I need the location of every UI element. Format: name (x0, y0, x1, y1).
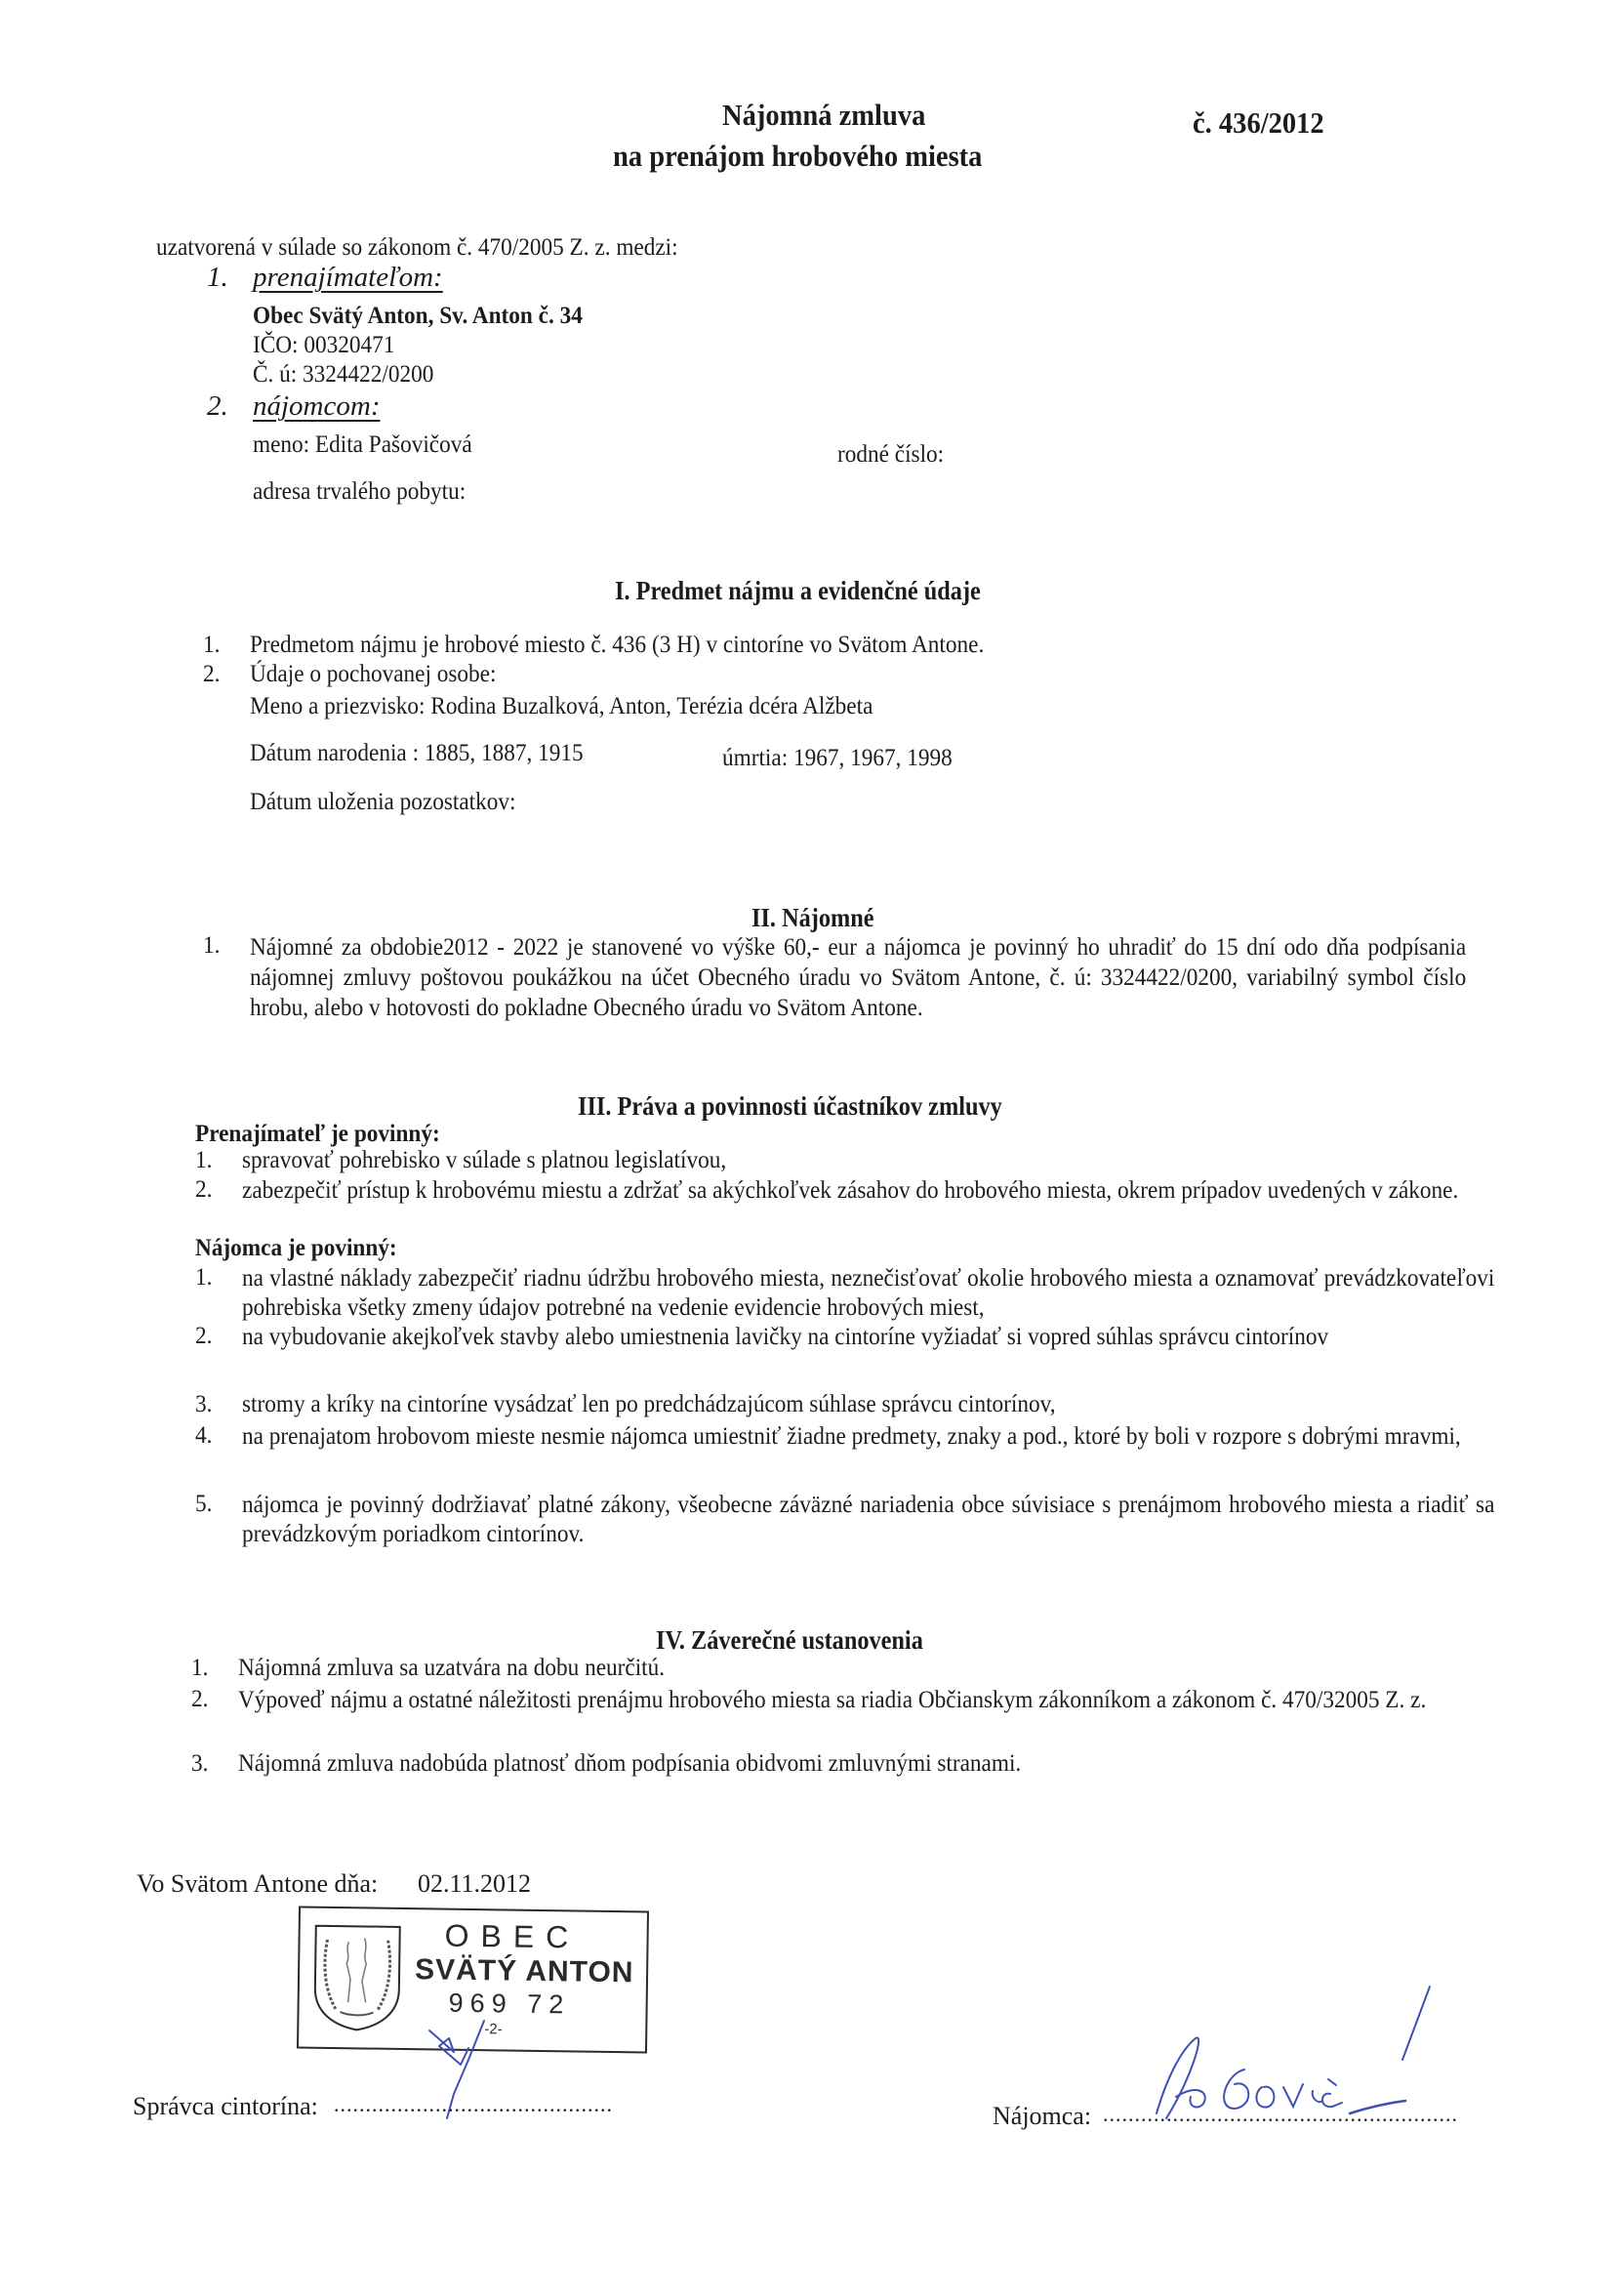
final-provision-2-text: Výpoveď nájmu a ostatné náležitosti pren… (238, 1686, 1490, 1715)
tenant-sign-label: Nájomca: (993, 2102, 1091, 2131)
landlord-account: Č. ú: 3324422/0200 (253, 361, 433, 389)
document-title-line2: na prenájom hrobového miesta (613, 139, 982, 174)
section-1-heading: I. Predmet nájmu a evidenčné údaje (615, 576, 981, 606)
section-1-item-1-text: Predmetom nájmu je hrobové miesto č. 436… (250, 632, 984, 659)
final-provision-3-text: Nájomná zmluva nadobúda platnosť dňom po… (238, 1750, 1021, 1778)
manager-label: Správca cintorína: (133, 2092, 318, 2121)
contract-number: č. 436/2012 (1193, 105, 1324, 141)
section-2-item-1-text: Nájomné za obdobie2012 - 2022 je stanove… (250, 932, 1466, 1023)
intro-text: uzatvorená v súlade so zákonom č. 470/20… (156, 234, 678, 262)
section-3-heading: III. Práva a povinnosti účastníkov zmluv… (578, 1091, 1002, 1122)
tenant-address-label: adresa trvalého pobytu: (253, 478, 466, 506)
manager-signature-line[interactable]: ........................................… (334, 2092, 613, 2117)
death-dates: úmrtia: 1967, 1967, 1998 (722, 745, 953, 772)
tenant-duty-3-number: 3. (195, 1391, 212, 1418)
section-1-item-2-number: 2. (203, 661, 220, 688)
landlord-duties-heading: Prenajímateľ je povinný: (195, 1121, 440, 1148)
signing-date: 02.11.2012 (418, 1869, 531, 1899)
party-number-1: 1. (207, 262, 228, 294)
tenant-birth-number-label: rodné číslo: (837, 441, 944, 469)
landlord-duty-1-number: 1. (195, 1147, 212, 1174)
party-number-2: 2. (207, 390, 228, 423)
section-1-item-2-text: Údaje o pochovanej osobe: (250, 661, 496, 688)
place-date-label: Vo Svätom Antone dňa: (137, 1869, 378, 1899)
final-provision-2-number: 2. (191, 1686, 208, 1713)
tenant-name: meno: Edita Pašovičová (253, 431, 472, 459)
final-provision-1-number: 1. (191, 1655, 208, 1682)
burial-date-label: Dátum uloženia pozostatkov: (250, 789, 515, 816)
landlord-duty-2-text: zabezpečiť prístup k hrobovému miestu a … (242, 1176, 1494, 1205)
tenant-duties-heading: Nájomca je povinný: (195, 1235, 397, 1262)
tenant-signature-icon (1137, 1982, 1459, 2148)
landlord-name: Obec Svätý Anton, Sv. Anton č. 34 (253, 303, 583, 330)
section-4-heading: IV. Záverečné ustanovenia (656, 1625, 923, 1656)
final-provision-3-number: 3. (191, 1750, 208, 1778)
tenant-duty-4-number: 4. (195, 1422, 212, 1450)
stamp-line-1: OBEC (444, 1918, 580, 1956)
stamp-line-2: SVÄTÝ ANTON (415, 1953, 634, 1989)
section-2-heading: II. Nájomné (751, 903, 874, 933)
tenant-duty-1-text: na vlastné náklady zabezpečiť riadnu údr… (242, 1264, 1494, 1323)
tenant-duty-2-text: na vybudovanie akejkoľvek stavby alebo u… (242, 1323, 1494, 1352)
landlord-duty-1-text: spravovať pohrebisko v súlade s platnou … (242, 1147, 726, 1174)
final-provision-1-text: Nájomná zmluva sa uzatvára na dobu neurč… (238, 1655, 665, 1682)
tenant-duty-1-number: 1. (195, 1264, 212, 1291)
tenant-label: nájomcom: (253, 390, 380, 423)
birth-dates: Dátum narodenia : 1885, 1887, 1915 (250, 740, 584, 767)
tenant-duty-5-number: 5. (195, 1491, 212, 1518)
coat-of-arms-icon (310, 1920, 404, 2032)
tenant-duty-4-text: na prenajatom hrobovom mieste nesmie náj… (242, 1422, 1494, 1452)
tenant-duty-2-number: 2. (195, 1323, 212, 1350)
document-title-line1: Nájomná zmluva (722, 98, 925, 133)
buried-person-name: Meno a priezvisko: Rodina Buzalková, Ant… (250, 693, 873, 720)
tenant-duty-3-text: stromy a kríky na cintoríne vysádzať len… (242, 1391, 1056, 1418)
section-1-item-1-number: 1. (203, 632, 220, 659)
tenant-duty-5-text: nájomca je povinný dodržiavať platné zák… (242, 1491, 1494, 1549)
landlord-ico: IČO: 00320471 (253, 332, 394, 359)
section-2-item-1-number: 1. (203, 932, 220, 960)
landlord-duty-2-number: 2. (195, 1176, 212, 1204)
landlord-label: prenajímateľom: (253, 262, 443, 294)
